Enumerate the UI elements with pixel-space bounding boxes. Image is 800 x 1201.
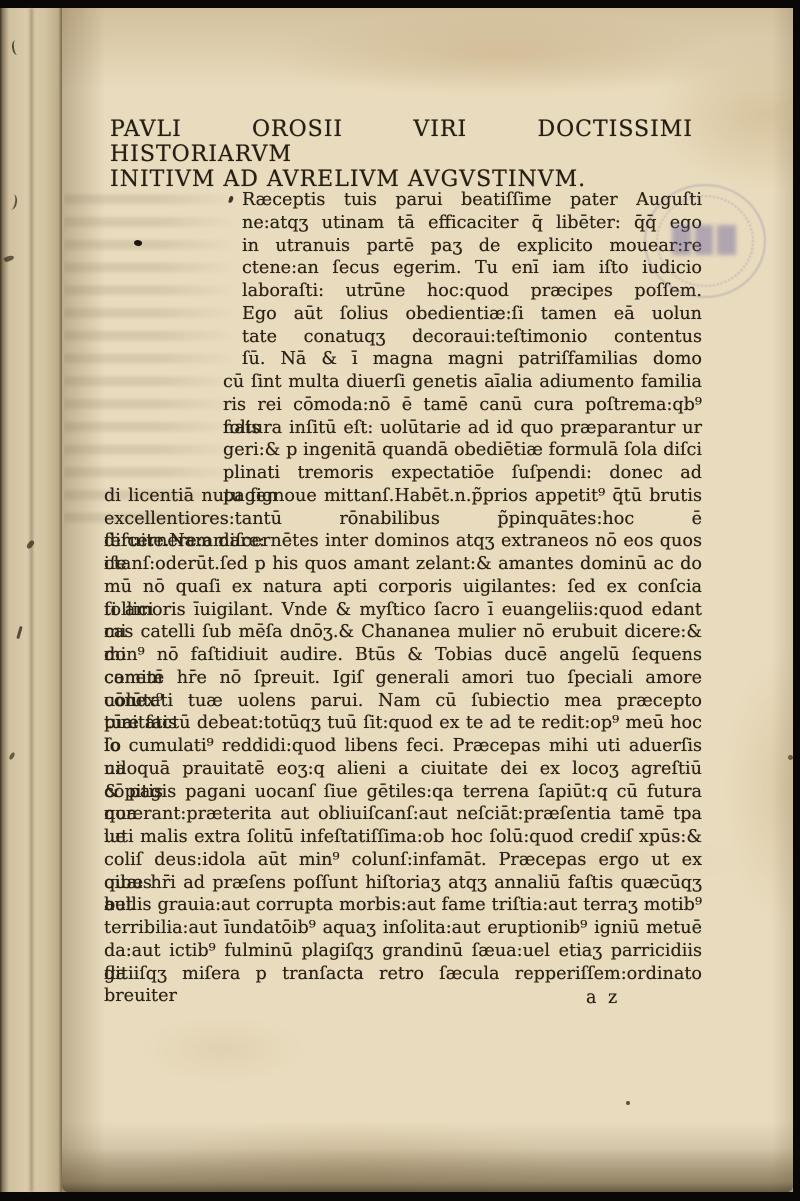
- text-line: quærant:præterita aut obliuiſcanſ:aut ne…: [104, 803, 702, 826]
- text-line: coliſ deus:idola aūt min⁹ colunſ:infamāt…: [104, 849, 702, 872]
- text-line: cas catelli ſub mēſa dnōʒ.& Chananea mul…: [104, 621, 702, 644]
- text-line: gitiiſqʒ miſera p tranſacta retro ſæcula…: [104, 963, 702, 986]
- quire-signature: a z: [586, 988, 617, 1008]
- text-line: ſū. Nā & ī magna magni patriſfamilias do…: [242, 348, 702, 371]
- book-page-scan: PAVLI OROSII VIRI DOCTISSIMI HISTORIARVM…: [0, 0, 800, 1201]
- text-line: tate conatuqʒ decoraui:teſtimonio conten…: [242, 326, 702, 349]
- text-line: geri:& p ingenitā quandā obediētiæ formu…: [223, 439, 702, 462]
- gutter-crease: [30, 8, 33, 1192]
- text-line: ris rei cōmoda:nō ē tamē canū cura poſtr…: [223, 394, 702, 417]
- text-line: lo cumulati⁹ reddidi:quod libens feci. P…: [104, 735, 702, 758]
- text-line: Ego aūt ſolius obedientiæ:ſi tamen eā uo…: [242, 303, 702, 326]
- text-line: ctene:an ſecus egerim. Tu enī iam iſto i…: [242, 257, 702, 280]
- text-line: in utranuis partē paʒ de explicito mouea…: [242, 235, 702, 258]
- text-line: quæ hr̄i ad præſens poſſunt hiſtoriaʒ at…: [104, 872, 702, 895]
- text-line: da:aut ictib⁹ fulminū plagiſqʒ grandinū …: [104, 940, 702, 963]
- chapter-heading: PAVLI OROSII VIRI DOCTISSIMI HISTORIARVM…: [110, 117, 693, 192]
- heading-line-1: PAVLI OROSII VIRI DOCTISSIMI HISTORIARVM: [110, 117, 693, 167]
- text-line: ſeruite.Nam diſcernētes inter dominos at…: [104, 530, 702, 553]
- text-line: bellis grauia:aut corrupta morbis:aut fa…: [104, 894, 702, 917]
- text-line: niloquā prauitatē eoʒ:q alieni a ciuitat…: [104, 758, 702, 781]
- text-line: ti amoris īuigilant. Vnde & myſtico ſacr…: [104, 599, 702, 622]
- text-line: tuæ factū debeat:totūqʒ tuū ſit:quod ex …: [104, 712, 702, 735]
- text-line: & pagis pagani uocanſ ſiue gētiles:qa te…: [104, 781, 702, 804]
- body-text: Ræceptis tuis parui beatiſſime pater Aug…: [104, 189, 702, 985]
- text-line: natura inſitū eſt: uolūtarie ad id quo p…: [223, 417, 702, 440]
- text-line: excellentiores:tantū rōnabilibus p̃pinqu…: [104, 508, 702, 531]
- text-line: plinati tremoris expectatiōe ſuſpendi: d…: [223, 462, 702, 485]
- text-line: ctanſ:oderūt.ſed p his quos amant zelant…: [104, 553, 702, 576]
- text-line: comitē hr̄e nō ſpreuit. Igiſ generali am…: [104, 667, 702, 690]
- text-line: laboraſti: utrūne hoc:quod præcipes poſſ…: [242, 280, 702, 303]
- text-line: di licentiā nutu ſignoue mittanſ.Habēt.n…: [104, 485, 702, 508]
- text-line: mū nō quaſi ex natura apti corporis uigi…: [104, 576, 702, 599]
- text-line: uolūtati tuæ uolens parui. Nam cū ſubiec…: [104, 690, 702, 713]
- text-line: min⁹ nō faſtidiuit audire. Btūs & Tobias…: [104, 644, 702, 667]
- text-line: cū ſint multa diuerſi genetis aīalia adi…: [223, 371, 702, 394]
- text-line: luti malis extra ſolitū infeſtatiſſima:o…: [104, 826, 702, 849]
- text-line: ne:atqʒ utinam tā efficaciter q̄ libēter…: [242, 212, 702, 235]
- text-line: Ræceptis tuis parui beatiſſime pater Aug…: [242, 189, 702, 212]
- text-line: terribilia:aut īundatōib⁹ aquaʒ inſolita…: [104, 917, 702, 940]
